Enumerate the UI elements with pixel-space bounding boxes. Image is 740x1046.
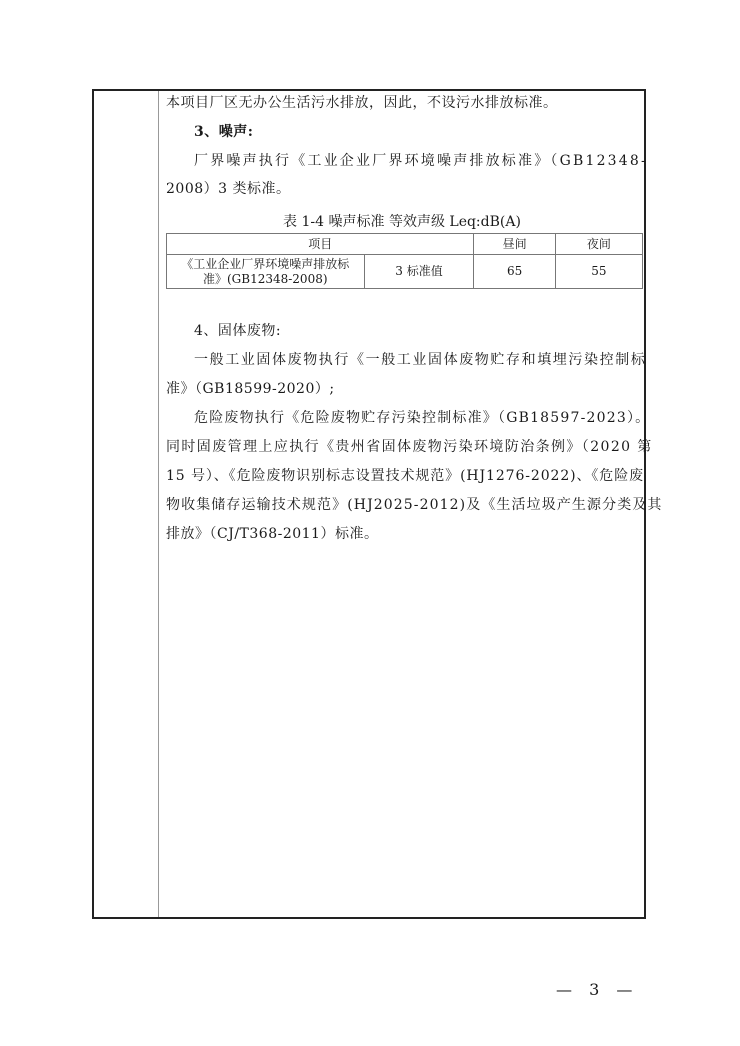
column-divider [158,91,159,917]
header-day: 昼间 [474,234,555,255]
cell-day-value: 65 [474,255,555,289]
paragraph-hazardous-line2: 同时固废管理上应执行《贵州省固体废物污染环境防治条例》（2020 第 [166,437,638,457]
document-frame: 本项目厂区无办公生活污水排放，因此，不设污水排放标准。 3、噪声: 厂界噪声执行… [92,89,646,919]
table-header-row: 项目 昼间 夜间 [167,234,643,255]
cell-standard-line1: 《工业企业厂界环境噪声排放标 [170,257,361,272]
cell-night-value: 55 [555,255,642,289]
table-caption: 表 1-4 噪声标准 等效声级 Leq:dB(A) [166,213,638,231]
paragraph-hazardous-line1: 危险废物执行《危险废物贮存污染控制标准》（GB18597-2023）。 [166,408,638,428]
heading-solid-waste: 4、固体废物: [166,321,638,341]
paragraph-noise-line1: 厂界噪声执行《工业企业厂界环境噪声排放标准》（GB12348- [166,151,638,171]
paragraph-general-waste-line2: 准》（GB18599-2020）; [166,379,638,399]
paragraph-hazardous-line4: 物收集储存运输技术规范》(HJ2025-2012)及《生活垃圾产生源分类及其 [166,495,638,515]
paragraph-wastewater: 本项目厂区无办公生活污水排放，因此，不设污水排放标准。 [166,93,638,113]
page-number: — 3 — [556,980,638,999]
header-night: 夜间 [555,234,642,255]
cell-standard-line2: 准》(GB12348-2008) [170,272,361,287]
header-item: 项目 [167,234,474,255]
noise-standard-table: 项目 昼间 夜间 《工业企业厂界环境噪声排放标 准》(GB12348-2008)… [166,233,643,289]
paragraph-noise-line2: 2008）3 类标准。 [166,179,638,199]
paragraph-hazardous-line3: 15 号）、《危险废物识别标志设置技术规范》(HJ1276-2022)、《危险废 [166,466,638,486]
cell-standard: 《工业企业厂界环境噪声排放标 准》(GB12348-2008) [167,255,365,289]
cell-category: 3 标准值 [364,255,474,289]
paragraph-general-waste-line1: 一般工业固体废物执行《一般工业固体废物贮存和填埋污染控制标 [166,350,638,370]
paragraph-hazardous-line5: 排放》（CJ/T368-2011）标准。 [166,524,638,544]
table-row: 《工业企业厂界环境噪声排放标 准》(GB12348-2008) 3 标准值 65… [167,255,643,289]
heading-noise: 3、噪声: [166,122,638,142]
